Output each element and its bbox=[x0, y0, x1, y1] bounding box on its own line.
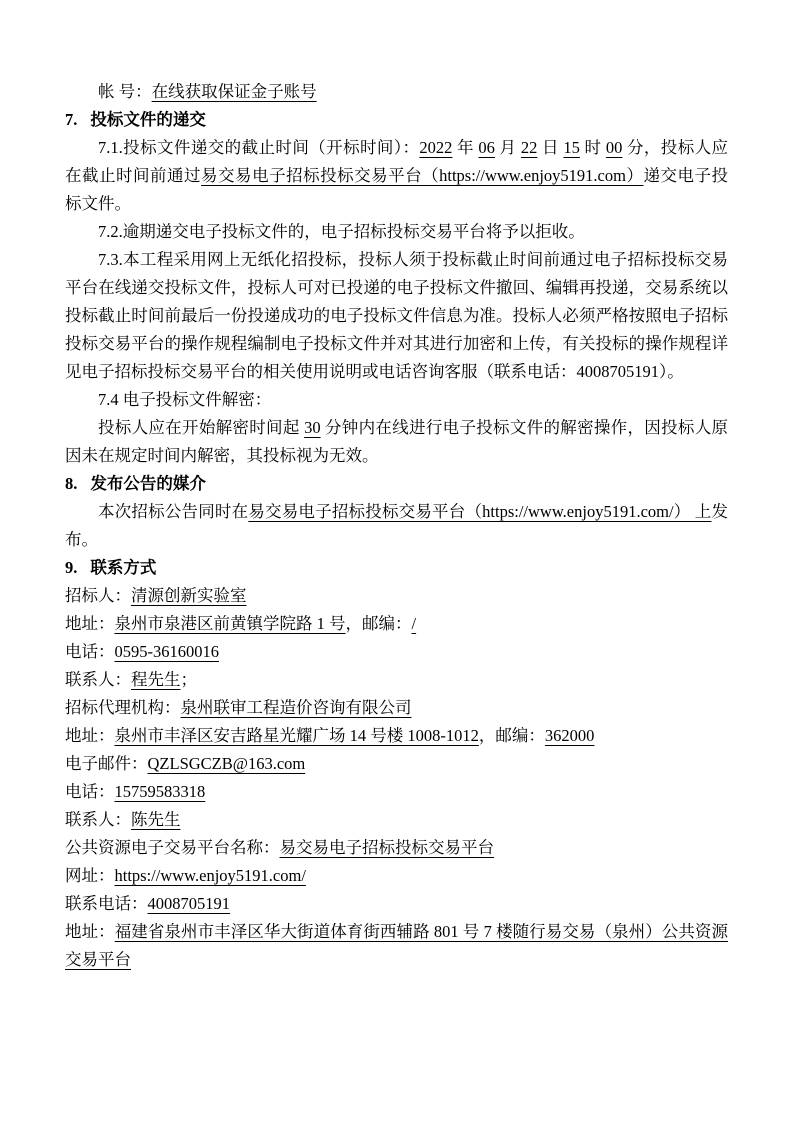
text-run: 7.3.本工程采用网上无纸化招投标，投标人须于投标截止时间前通过电子招标投标交易… bbox=[65, 250, 728, 381]
underlined-field-value: 陈先生 bbox=[131, 810, 181, 829]
text-run: 公共资源电子交易平台名称： bbox=[65, 838, 280, 857]
underlined-field-value: 泉州市丰泽区安吉路星光耀广场 14 号楼 1008-1012 bbox=[115, 726, 479, 745]
tenderer-line: 招标人：清源创新实验室 bbox=[65, 582, 728, 610]
text-run: 7.2.逾期递交电子投标文件的，电子招标投标交易平台将予以拒收。 bbox=[98, 222, 585, 241]
text-run: 本次招标公告同时在 bbox=[98, 502, 248, 521]
text-run: 联系人： bbox=[65, 810, 131, 829]
text-run: 联系电话： bbox=[65, 894, 148, 913]
tenderer-address-line: 地址：泉州市泉港区前黄镇学院路 1 号，邮编：/ bbox=[65, 610, 728, 638]
underlined-field-value: / bbox=[412, 614, 417, 633]
para-7-4-body: 投标人应在开始解密时间起 30 分钟内在线进行电子投标文件的解密操作，因投标人原… bbox=[65, 414, 728, 470]
section-7-heading-title: 投标文件的递交 bbox=[90, 110, 206, 129]
underlined-field-value: 易交易电子招标投标交易平台 bbox=[280, 838, 495, 857]
agency-email-line: 电子邮件：QZLSGCZB@163.com bbox=[65, 750, 728, 778]
text-run: 地址： bbox=[65, 922, 115, 941]
para-8-body: 本次招标公告同时在易交易电子招标投标交易平台（https://www.enjoy… bbox=[65, 498, 728, 554]
text-run: 投标人应在开始解密时间起 bbox=[98, 418, 304, 437]
text-run: ，邮编： bbox=[346, 614, 412, 633]
text-run: 时 bbox=[580, 138, 606, 157]
text-run: 帐 号： bbox=[98, 82, 152, 101]
text-run: 7.4 电子投标文件解密： bbox=[98, 390, 271, 409]
para-7-4-title: 7.4 电子投标文件解密： bbox=[65, 386, 728, 414]
text-run: 月 bbox=[495, 138, 521, 157]
text-run: 年 bbox=[452, 138, 478, 157]
underlined-field-value: 泉州联审工程造价咨询有限公司 bbox=[181, 698, 412, 717]
underlined-field-value: 清源创新实验室 bbox=[131, 586, 247, 605]
para-7-2: 7.2.逾期递交电子投标文件的，电子招标投标交易平台将予以拒收。 bbox=[65, 218, 728, 246]
underlined-field-value: 30 bbox=[304, 418, 321, 437]
underlined-field-value: 2022 bbox=[419, 138, 452, 157]
underlined-field-value: 0595-36160016 bbox=[115, 642, 220, 661]
text-run: 日 bbox=[537, 138, 563, 157]
text-run: 7.1.投标文件递交的截止时间（开标时间）： bbox=[98, 138, 419, 157]
text-run: 电话： bbox=[65, 782, 115, 801]
agency-line: 招标代理机构：泉州联审工程造价咨询有限公司 bbox=[65, 694, 728, 722]
platform-phone-line: 联系电话：4008705191 bbox=[65, 890, 728, 918]
underlined-field-value: 在线获取保证金子账号 bbox=[152, 82, 317, 101]
text-run: 地址： bbox=[65, 726, 115, 745]
section-7-heading-number: 7. bbox=[65, 110, 77, 129]
text-run: 招标人： bbox=[65, 586, 131, 605]
platform-name-line: 公共资源电子交易平台名称：易交易电子招标投标交易平台 bbox=[65, 834, 728, 862]
text-run: ，邮编： bbox=[479, 726, 545, 745]
tenderer-phone-line: 电话：0595-36160016 bbox=[65, 638, 728, 666]
para-7-3: 7.3.本工程采用网上无纸化招投标，投标人须于投标截止时间前通过电子招标投标交易… bbox=[65, 246, 728, 386]
platform-address-line: 地址：福建省泉州市丰泽区华大街道体育街西辅路 801 号 7 楼随行易交易（泉州… bbox=[65, 918, 728, 974]
section-9-heading: 9.联系方式 bbox=[65, 554, 728, 582]
underlined-field-value: 福建省泉州市丰泽区华大街道体育街西辅路 801 号 7 楼随行易交易（泉州）公共… bbox=[65, 922, 728, 969]
section-7-heading: 7.投标文件的递交 bbox=[65, 106, 728, 134]
underlined-field-value: 362000 bbox=[545, 726, 595, 745]
text-run: 招标代理机构： bbox=[65, 698, 181, 717]
underlined-field-value: 15759583318 bbox=[115, 782, 206, 801]
section-9-heading-title: 联系方式 bbox=[90, 558, 156, 577]
text-run: 地址： bbox=[65, 614, 115, 633]
underlined-field-value: 15 bbox=[563, 138, 580, 157]
section-8-heading-number: 8. bbox=[65, 474, 77, 493]
document-page: 帐 号：在线获取保证金子账号7.投标文件的递交7.1.投标文件递交的截止时间（开… bbox=[0, 0, 793, 1122]
document-body: 帐 号：在线获取保证金子账号7.投标文件的递交7.1.投标文件递交的截止时间（开… bbox=[65, 78, 728, 974]
section-8-heading: 8.发布公告的媒介 bbox=[65, 470, 728, 498]
section-8-heading-title: 发布公告的媒介 bbox=[90, 474, 206, 493]
agency-phone-line: 电话：15759583318 bbox=[65, 778, 728, 806]
text-run: 联系人： bbox=[65, 670, 131, 689]
section-9-heading-number: 9. bbox=[65, 558, 77, 577]
tenderer-contact-line: 联系人：程先生； bbox=[65, 666, 728, 694]
text-run: 网址： bbox=[65, 866, 115, 885]
platform-url-line: 网址：https://www.enjoy5191.com/ bbox=[65, 862, 728, 890]
underlined-field-value: 4008705191 bbox=[148, 894, 231, 913]
underlined-field-value: 泉州市泉港区前黄镇学院路 1 号 bbox=[115, 614, 346, 633]
underlined-field-value: 06 bbox=[478, 138, 495, 157]
agency-address-line: 地址：泉州市丰泽区安吉路星光耀广场 14 号楼 1008-1012，邮编：362… bbox=[65, 722, 728, 750]
underlined-field-value: 程先生 bbox=[131, 670, 181, 689]
text-run: ； bbox=[181, 670, 198, 689]
text-run: 电子邮件： bbox=[65, 754, 148, 773]
underlined-field-value: 易交易电子招标投标交易平台（https://www.enjoy5191.com） bbox=[201, 166, 643, 185]
agency-contact-line: 联系人：陈先生 bbox=[65, 806, 728, 834]
underlined-field-value: https://www.enjoy5191.com/ bbox=[115, 866, 306, 885]
para-7-1: 7.1.投标文件递交的截止时间（开标时间）：2022 年 06 月 22 日 1… bbox=[65, 134, 728, 218]
underlined-field-value: 22 bbox=[521, 138, 538, 157]
underlined-field-value: QZLSGCZB@163.com bbox=[148, 754, 306, 773]
text-run: 电话： bbox=[65, 642, 115, 661]
account-number-line: 帐 号：在线获取保证金子账号 bbox=[65, 78, 728, 106]
underlined-field-value: 00 bbox=[606, 138, 623, 157]
underlined-field-value: 易交易电子招标投标交易平台（https://www.enjoy5191.com/… bbox=[248, 502, 711, 521]
